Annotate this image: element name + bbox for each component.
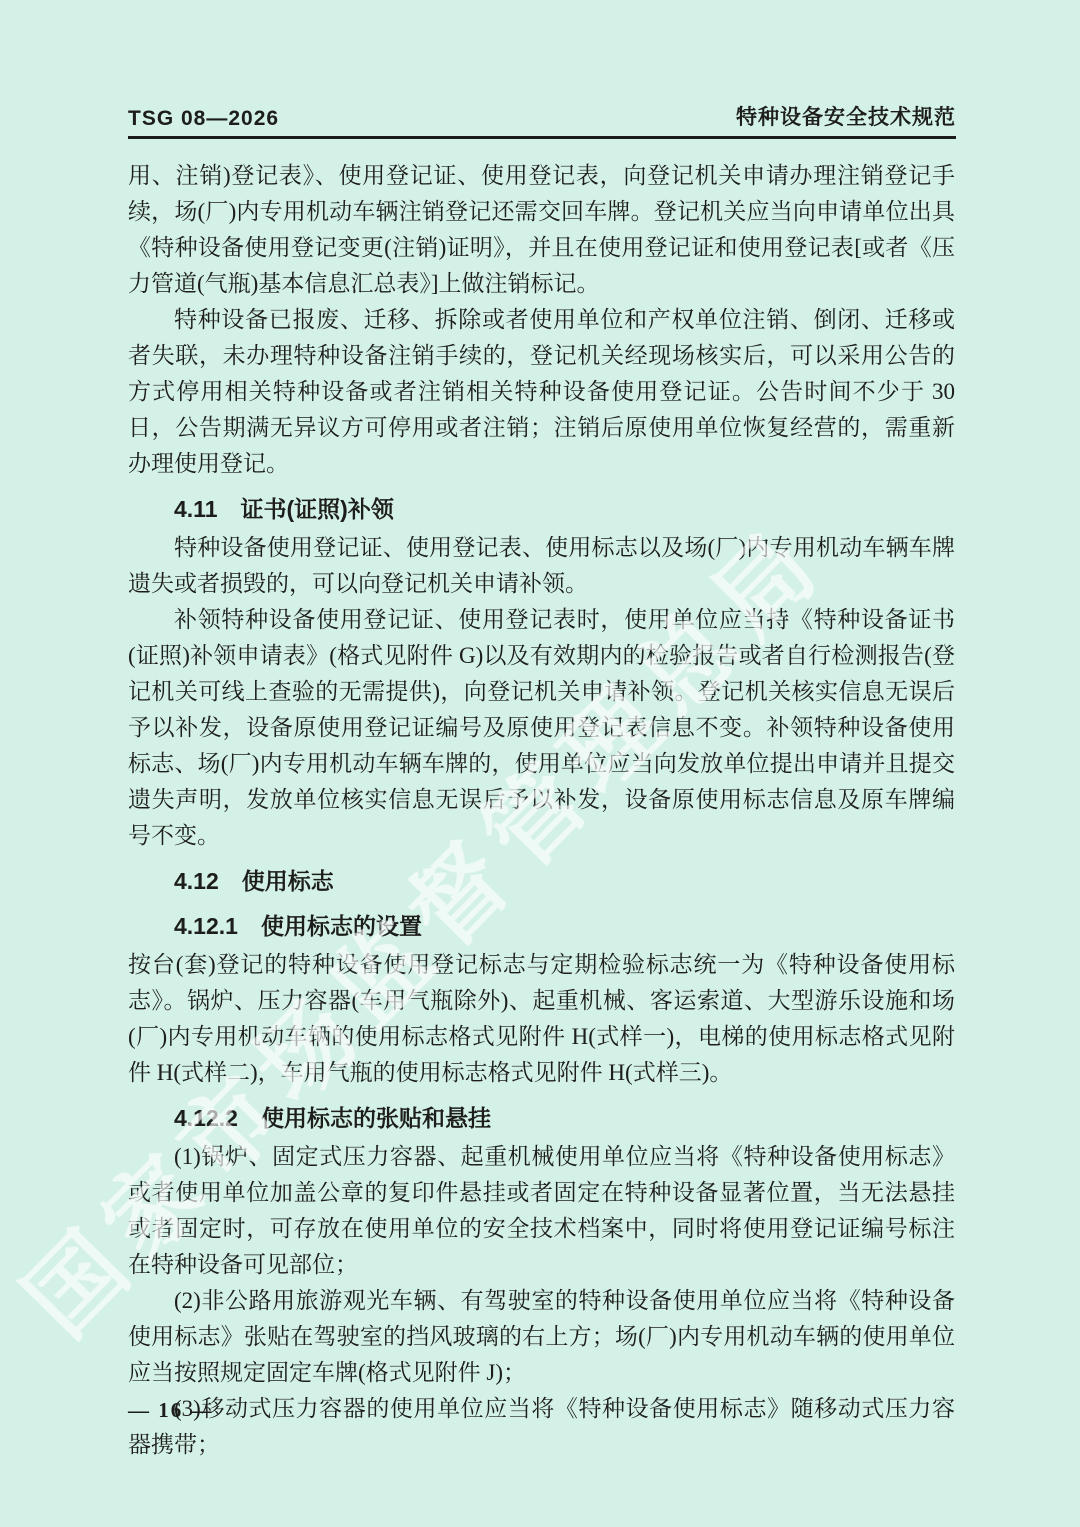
document-body: 用、注销)登记表》、使用登记证、使用登记表，向登记机关申请办理注销登记手续，场(…	[128, 158, 955, 1463]
header-doc-title: 特种设备安全技术规范	[736, 101, 956, 131]
paragraph-item-3-mobile-vessel: (3)移动式压力容器的使用单位应当将《特种设备使用标志》随移动式压力容器携带；	[128, 1391, 955, 1463]
paragraph-deregistration-continuation: 用、注销)登记表》、使用登记证、使用登记表，向登记机关申请办理注销登记手续，场(…	[128, 158, 955, 302]
section-heading-4-12: 4.12 使用标志	[128, 863, 955, 899]
paragraph-reissue-procedure: 补领特种设备使用登记证、使用登记表时，使用单位应当持《特种设备证书(证照)补领申…	[128, 602, 955, 854]
paragraph-usage-mark-setup: 按台(套)登记的特种设备使用登记标志与定期检验标志统一为《特种设备使用标志》。锅…	[128, 947, 955, 1091]
document-page: TSG 08—2026 特种设备安全技术规范 用、注销)登记表》、使用登记证、使…	[0, 0, 1080, 1527]
section-heading-4-11: 4.11 证书(证照)补领	[128, 491, 955, 527]
section-heading-4-12-2: 4.12.2 使用标志的张贴和悬挂	[128, 1100, 955, 1136]
section-heading-4-12-1: 4.12.1 使用标志的设置	[128, 908, 955, 944]
paragraph-item-2-vehicles: (2)非公路用旅游观光车辆、有驾驶室的特种设备使用单位应当将《特种设备使用标志》…	[128, 1283, 955, 1391]
paragraph-lost-certificates: 特种设备使用登记证、使用登记表、使用标志以及场(厂)内专用机动车辆车牌遗失或者损…	[128, 530, 955, 602]
page-header: TSG 08—2026 特种设备安全技术规范	[128, 101, 956, 139]
header-doc-code: TSG 08—2026	[128, 107, 279, 131]
page-footer: — 16 —	[128, 1398, 214, 1423]
paragraph-scrapped-equipment: 特种设备已报废、迁移、拆除或者使用单位和产权单位注销、倒闭、迁移或者失联，未办理…	[128, 302, 955, 482]
page-number: — 16 —	[128, 1398, 214, 1422]
paragraph-item-1-boiler: (1)锅炉、固定式压力容器、起重机械使用单位应当将《特种设备使用标志》或者使用单…	[128, 1139, 955, 1283]
